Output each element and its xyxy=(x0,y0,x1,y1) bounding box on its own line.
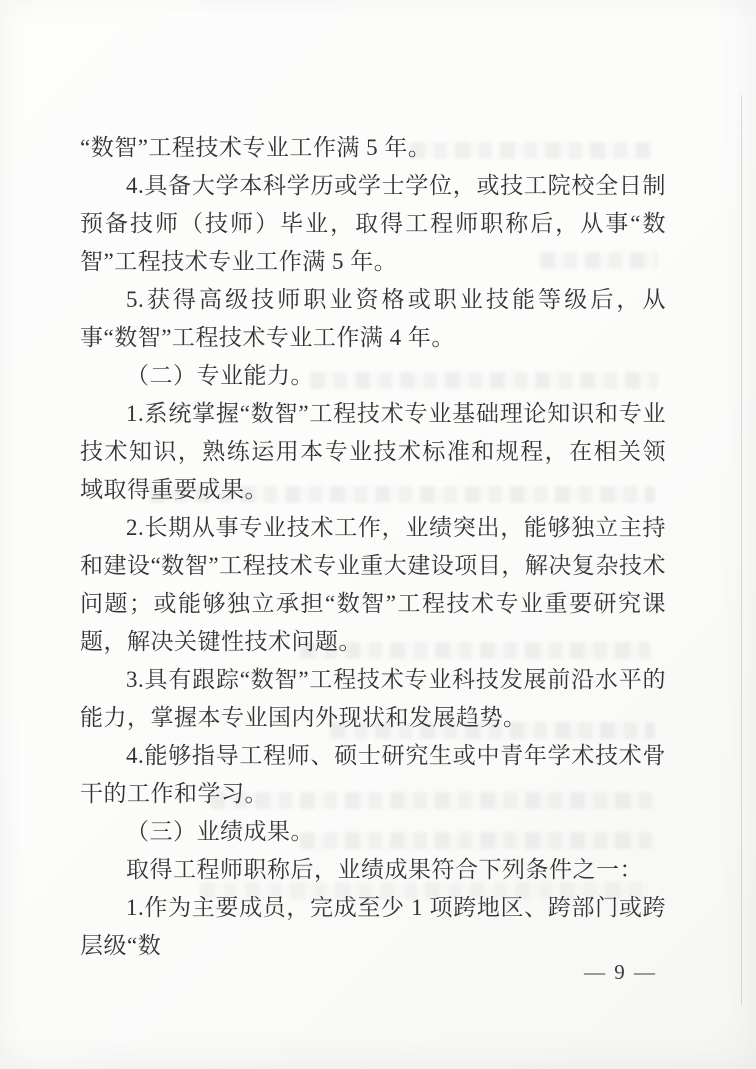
document-body: “数智”工程技术专业工作满 5 年。 4.具备大学本科学历或学士学位，或技工院校… xyxy=(80,129,666,965)
paragraph: 3.具有跟踪“数智”工程技术专业科技发展前沿水平的能力，掌握本专业国内外现状和发… xyxy=(80,661,666,737)
paragraph: “数智”工程技术专业工作满 5 年。 xyxy=(80,129,666,167)
paragraph: 2.长期从事专业技术工作，业绩突出，能够独立主持和建设“数智”工程技术专业重大建… xyxy=(80,509,666,661)
paragraph: 4.能够指导工程师、硕士研究生或中青年学术技术骨干的工作和学习。 xyxy=(80,737,666,813)
section-heading: （二）专业能力。 xyxy=(80,357,666,395)
paragraph: 1.作为主要成员，完成至少 1 项跨地区、跨部门或跨层级“数 xyxy=(80,889,666,965)
paragraph: 5.获得高级技师职业资格或职业技能等级后，从事“数智”工程技术专业工作满 4 年… xyxy=(80,281,666,357)
paragraph: 4.具备大学本科学历或学士学位，或技工院校全日制预备技师（技师）毕业，取得工程师… xyxy=(80,167,666,281)
paragraph: 取得工程师职称后，业绩成果符合下列条件之一： xyxy=(80,851,666,889)
paragraph: 1.系统掌握“数智”工程技术专业基础理论知识和专业技术知识，熟练运用本专业技术标… xyxy=(80,395,666,509)
page-number: — 9 — xyxy=(584,960,657,985)
page-edge-scan-line xyxy=(741,95,742,1005)
scanned-document-page: “数智”工程技术专业工作满 5 年。 4.具备大学本科学历或学士学位，或技工院校… xyxy=(0,0,756,1069)
section-heading: （三）业绩成果。 xyxy=(80,813,666,851)
